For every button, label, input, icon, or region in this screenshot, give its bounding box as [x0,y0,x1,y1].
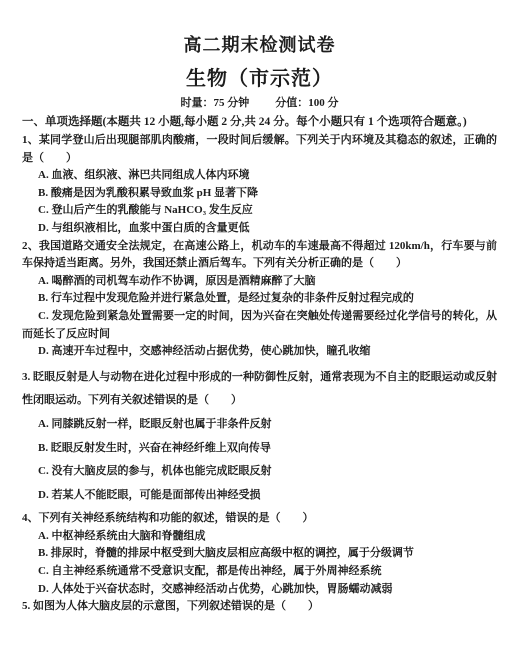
exam-score: 分值：100 分 [275,96,338,110]
question-option: D. 高速开车过程中，交感神经活动占据优势，使心跳加快，瞳孔收缩 [22,343,497,361]
page-subtitle: 生物（市示范） [22,65,497,93]
exam-meta: 时量：75 分钟 分值：100 分 [22,96,497,110]
question-option: D. 与组织液相比，血浆中蛋白质的含量更低 [22,220,497,238]
question-block: 5. 如图为人体大脑皮层的示意图，下列叙述错误的是（ ） [22,598,497,616]
question-block: 4、下列有关神经系统结构和功能的叙述，错误的是（ ）A. 中枢神经系统由大脑和脊… [22,510,497,598]
question-option: A. 喝醉酒的司机驾车动作不协调，原因是酒精麻醉了大脑 [22,273,497,291]
question-option: D. 人体处于兴奋状态时，交感神经活动占优势，心跳加快，胃肠蠕动减弱 [22,581,497,599]
question-option: C. 发现危险到紧急处置需要一定的时间，因为兴奋在突触处传递需要经过化学信号的转… [22,308,497,343]
question-stem: 3. 眨眼反射是人与动物在进化过程中形成的一种防御性反射，通常表现为不自主的眨眼… [22,366,497,413]
question-option: A. 同膝跳反射一样，眨眼反射也属于非条件反射 [22,413,497,437]
question-block: 2、我国道路交通安全法规定，在高速公路上，机动车的车速最高不得超过 120km/… [22,238,497,361]
question-option: B. 眨眼反射发生时，兴奋在神经纤维上双向传导 [22,437,497,461]
question-option: C. 登山后产生的乳酸能与 NaHCO₃ 发生反应 [22,202,497,220]
question-option: B. 酸痛是因为乳酸积累导致血浆 pH 显著下降 [22,185,497,203]
question-stem: 5. 如图为人体大脑皮层的示意图，下列叙述错误的是（ ） [22,598,497,616]
exam-paper-page: 高二期末检测试卷 生物（市示范） 时量：75 分钟 分值：100 分 一、单项选… [0,0,519,671]
question-option: A. 血液、组织液、淋巴共同组成人体内环境 [22,167,497,185]
section-heading: 一、单项选择题(本题共 12 小题,每小题 2 分,共 24 分。每个小题只有 … [22,114,497,130]
question-option: C. 没有大脑皮层的参与，机体也能完成眨眼反射 [22,460,497,484]
question-option: C. 自主神经系统通常不受意识支配，都是传出神经，属于外周神经系统 [22,563,497,581]
question-stem: 1、某同学登山后出现腿部肌肉酸痛，一段时间后缓解。下列关于内环境及其稳态的叙述，… [22,132,497,167]
question-option: A. 中枢神经系统由大脑和脊髓组成 [22,528,497,546]
page-title: 高二期末检测试卷 [22,33,497,57]
question-block: 1、某同学登山后出现腿部肌肉酸痛，一段时间后缓解。下列关于内环境及其稳态的叙述，… [22,132,497,238]
questions: 1、某同学登山后出现腿部肌肉酸痛，一段时间后缓解。下列关于内环境及其稳态的叙述，… [22,132,497,616]
question-stem: 2、我国道路交通安全法规定，在高速公路上，机动车的车速最高不得超过 120km/… [22,238,497,273]
question-block: 3. 眨眼反射是人与动物在进化过程中形成的一种防御性反射，通常表现为不自主的眨眼… [22,366,497,508]
question-stem: 4、下列有关神经系统结构和功能的叙述，错误的是（ ） [22,510,497,528]
question-option: B. 行车过程中发现危险并进行紧急处置，是经过复杂的非条件反射过程完成的 [22,290,497,308]
question-option: B. 排尿时，脊髓的排尿中枢受到大脑皮层相应高级中枢的调控，属于分级调节 [22,545,497,563]
exam-duration: 时量：75 分钟 [181,96,250,110]
question-option: D. 若某人不能眨眼，可能是面部传出神经受损 [22,484,497,508]
